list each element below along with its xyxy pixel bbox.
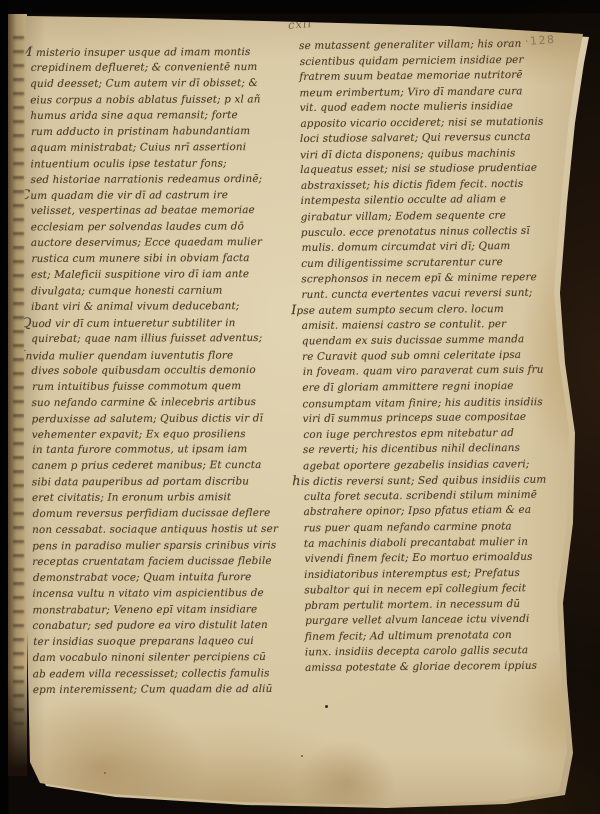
- manuscript-text-line: girabatur villam; Eodem sequente cre: [301, 208, 567, 226]
- manuscript-text-line: con iuge perchrestos epm nitebatur ad: [303, 425, 569, 443]
- manuscript-text-line: dam vocabulo ninoni silenter percipiens …: [33, 649, 295, 666]
- manuscript-text-line: velisset, vespertinas ad beatae memoriae: [31, 203, 293, 220]
- manuscript-text-line: quirebat; quae nam illius fuisset advent…: [31, 331, 293, 348]
- manuscript-text-line: mulis. domum circumdat viri dī; Quam: [302, 239, 568, 257]
- ink-speck: [104, 772, 106, 774]
- manuscript-text-line: est; Maleficii suspitione viro dī iam an…: [31, 267, 293, 284]
- manuscript-text-line: amissa potestate & gloriae decorem ippiu…: [305, 658, 571, 676]
- manuscript-text-line: ecclesiam per solvendas laudes cum dō: [31, 220, 293, 237]
- manuscript-text-line: Cum quadam die vir dī ad castrum ire: [31, 187, 293, 204]
- manuscript-text-line: receptas cruentatam faciem ducissae fleb…: [32, 554, 294, 571]
- manuscript-text-line: in tanta furore commotus, ut ipsam iam: [32, 442, 294, 459]
- manuscript-text-line: suo nefando carmine & inlecebris artibus: [32, 394, 294, 411]
- manuscript-text-line: perduxisse ad salutem; Quibus dictis vir…: [32, 411, 294, 428]
- manuscript-text-line: canem p prius cederet manibus; Et cuncta: [32, 458, 294, 475]
- manuscript-text-line: humus arida sine aqua remansit; forte: [30, 108, 292, 125]
- manuscript-text-line: dives sobole quibusdam occultis demonio: [31, 363, 293, 380]
- manuscript-text-line: ter insidias suoque preparans laqueo cui: [33, 634, 295, 651]
- manuscript-text-line: Quod vir dī cum intueretur subtiliter in: [32, 315, 294, 332]
- manuscript-text-line: Invida mulier quendam iuventutis flore: [31, 347, 293, 364]
- manuscript-text-line: demonstrabat voce; Quam intuita furore: [33, 570, 295, 587]
- manuscript-text-line: in foveam. quam viro paraverat cum suis …: [303, 363, 569, 381]
- manuscript-text-line: scientibus quidam perniciem insidiae per: [300, 52, 566, 70]
- manuscript-text-line: divulgata; cumque honesti carnium: [31, 283, 293, 300]
- manuscript-text-line: sibi data pauperibus ad portam discribu: [32, 475, 294, 492]
- manuscript-text-line: quid deesset; Cum autem vir dī obisset; …: [30, 76, 292, 93]
- manuscript-text-line: abstraxisset; his dictis fidem fecit. no…: [301, 176, 567, 194]
- manuscript-photo: cxli ·128 M misterio insuper usque ad im…: [0, 0, 600, 814]
- manuscript-text-line: screphonsos in necem epī & minime repere: [301, 270, 567, 288]
- manuscript-text-line: incensa vultu n vitato vim aspicientibus…: [32, 586, 294, 603]
- manuscript-text-line: epm interemissent; Cum quadam die ad ali…: [33, 681, 295, 698]
- manuscript-text-line: auctore deservimus; Ecce quaedam mulier: [31, 235, 293, 252]
- text-column-left: M misterio insuper usque ad imam montisc…: [30, 44, 295, 699]
- manuscript-text-line: non cessabat. sociaque antiquus hostis u…: [32, 522, 294, 539]
- text-column-right: se mutassent generaliter villam; his ora…: [299, 36, 571, 676]
- ink-speck: [301, 755, 303, 757]
- manuscript-text-line: aquam ministrabat; Cuius nrī assertioni: [30, 139, 292, 156]
- manuscript-text-line: culta foret secuta. scribendi stilum min…: [304, 487, 570, 505]
- manuscript-text-line: pens in paradiso mulier sparsis crinibus…: [32, 538, 294, 555]
- manuscript-text-line: conabatur; sed pudore ea viro distulit l…: [33, 618, 295, 635]
- manuscript-text-line: viri dī dicta disponens; quibus machinis: [300, 146, 566, 164]
- manuscript-text-line: quendam ex suis ducissae summe manda: [302, 332, 568, 350]
- manuscript-text-line: crepidinem deflueret; & convenientē num: [31, 60, 293, 77]
- manuscript-text-line: apposito vicario occideret; nisi se muta…: [300, 114, 566, 132]
- manuscript-text-line: agebat oportere gezabelis insidias caver…: [303, 457, 569, 475]
- manuscript-text-line: ibant viri & animal vivum deducebant;: [31, 299, 293, 316]
- manuscript-text-line: rus puer quam nefando carmine pnota: [304, 519, 570, 537]
- manuscript-text-line: consumptam vitam finire; his auditis ins…: [302, 394, 568, 412]
- manuscript-text-line: rum intuitibus fuisse commotum quem: [32, 379, 294, 396]
- ink-speck: [325, 705, 328, 708]
- manuscript-text-line: Ipse autem sumpto secum clero. locum: [302, 301, 568, 319]
- manuscript-text-line: sed historiae narrationis redeamus ordin…: [31, 171, 293, 188]
- manuscript-text-line: eret civitatis; In eronum urbis amisit: [32, 490, 294, 507]
- manuscript-text-line: eius corpus a nobis ablatus fuisset; p x…: [30, 92, 292, 109]
- manuscript-text-line: subaltor qui in necem epī collegium feci…: [304, 581, 570, 599]
- parchment-page: cxli ·128 M misterio insuper usque ad im…: [8, 14, 592, 814]
- facing-page-gutter-edge: [8, 14, 27, 776]
- manuscript-text-line: vehementer expavit; Ex equo prosiliens: [32, 426, 294, 443]
- manuscript-text-line: rustica cum munere sibi in obviam facta: [32, 251, 294, 268]
- manuscript-text-line: meum erimbertum; Viro dī mandare cura: [299, 83, 565, 101]
- manuscript-text-line: rum adducto in pristinam habundantiam: [31, 124, 293, 141]
- manuscript-text-line: iunx. insidiis decepta carolo gallis sec…: [305, 643, 571, 661]
- manuscript-text-line: monstrabatur; Veneno epī vitam insidiare: [32, 602, 294, 619]
- manuscript-text-line: ab eadem villa recessisset; collectis fa…: [33, 666, 295, 683]
- quire-mark: cxli: [287, 16, 312, 32]
- manuscript-text-line: vivendi finem fecit; Eo mortuo erimoaldu…: [305, 549, 571, 567]
- manuscript-text-line: domum reversus perfidiam ducissae defler…: [33, 506, 295, 523]
- manuscript-text-line: M misterio insuper usque ad imam montis: [30, 44, 292, 61]
- manuscript-text-line: purgare vellet alvum lanceae ictu vivend…: [305, 612, 571, 630]
- manuscript-text-line: intuentium oculis ipse testatur fons;: [30, 156, 292, 173]
